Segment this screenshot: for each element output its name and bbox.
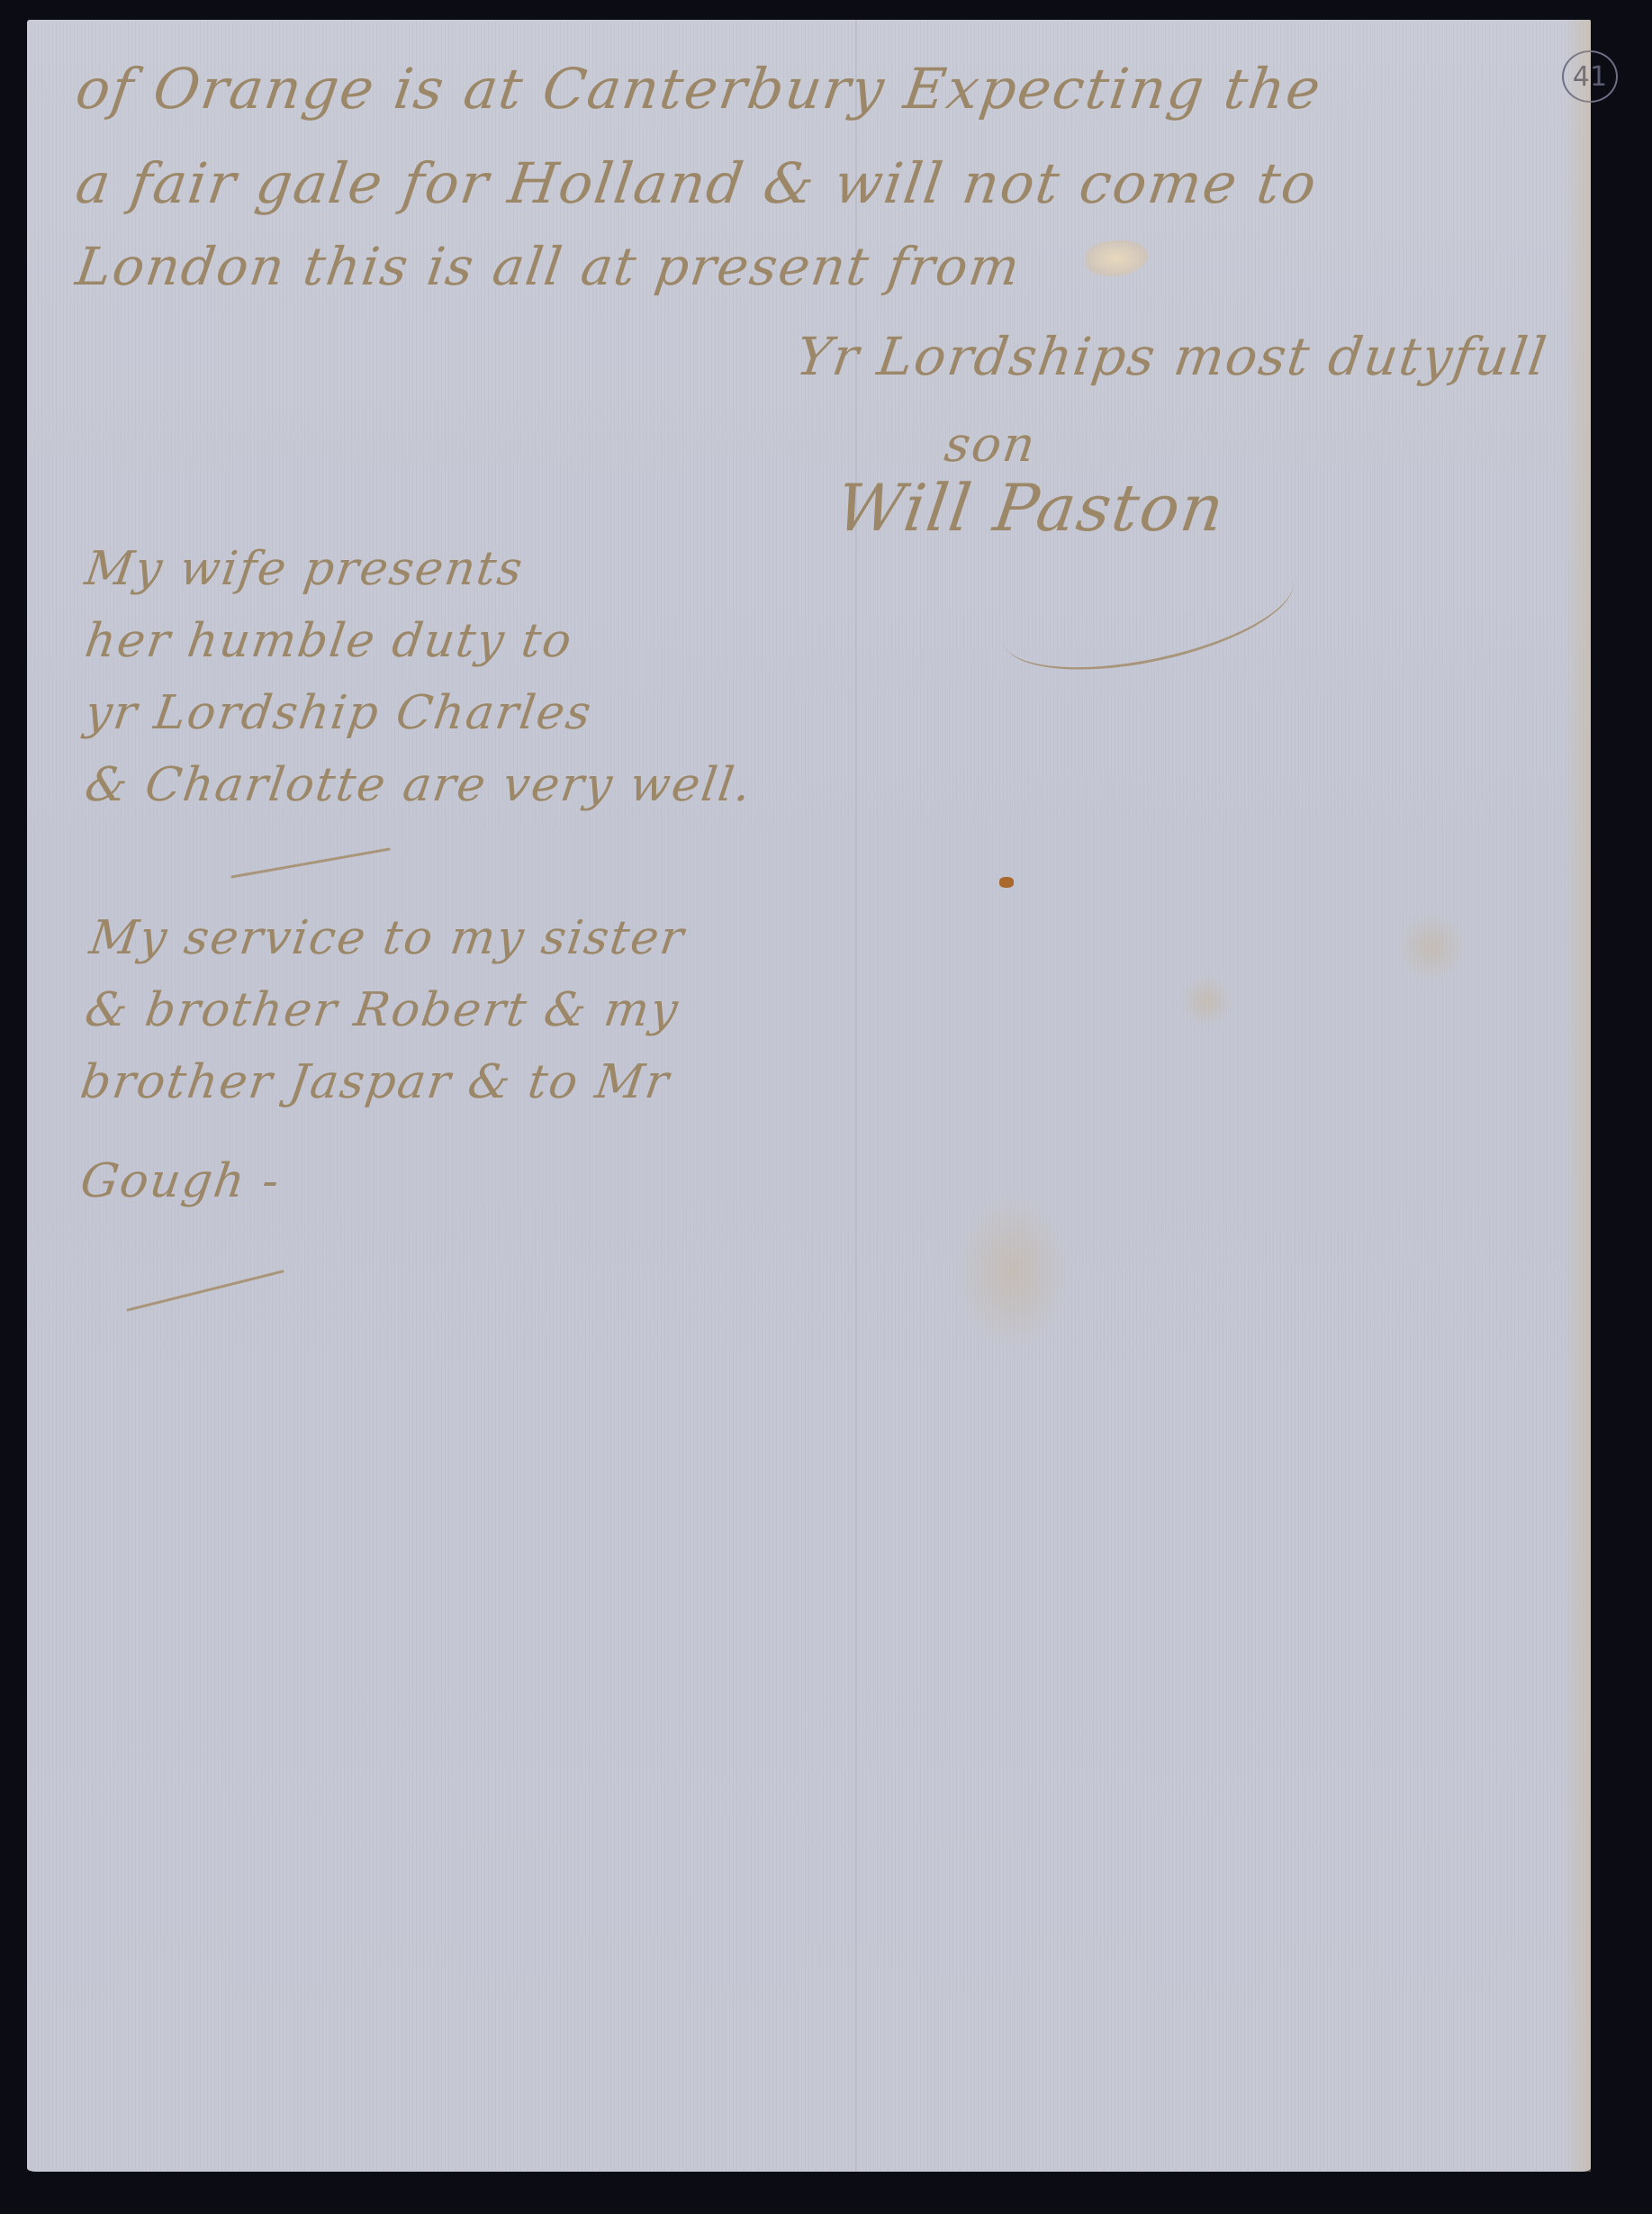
postscript-divider <box>230 847 391 878</box>
body-line-2: a fair gale for Holland & will not come … <box>72 150 1322 216</box>
body-line-3: London this is all at present from <box>72 236 1025 297</box>
postscript-2-line-4: Gough - <box>77 1154 284 1208</box>
stain-mark <box>1395 911 1467 983</box>
letter-page: 41 of Orange is at Canterbury Expecting … <box>27 20 1591 2172</box>
postscript-1-line-4: & Charlotte are very well. <box>82 758 756 812</box>
body-line-1: of Orange is at Canterbury Expecting the <box>72 56 1326 122</box>
signature: Will Paston <box>832 470 1230 546</box>
closing-son: son <box>942 416 1041 473</box>
folio-number: 41 <box>1562 50 1618 103</box>
postscript-1-line-2: her humble duty to <box>82 614 576 668</box>
signature-flourish <box>992 530 1304 691</box>
stain-mark <box>954 1190 1071 1352</box>
stain-mark <box>1179 974 1233 1028</box>
paper-tear <box>1085 240 1148 276</box>
postscript-2-line-2: & brother Robert & my <box>82 983 683 1037</box>
foxing-spot <box>999 877 1014 888</box>
closing-line: Yr Lordships most dutyfull <box>792 326 1551 387</box>
postscript-1-line-1: My wife presents <box>82 542 528 596</box>
end-divider <box>126 1270 284 1311</box>
postscript-2-line-3: brother Jaspar & to Mr <box>77 1055 673 1109</box>
postscript-2-line-1: My service to my sister <box>86 911 689 965</box>
postscript-1-line-3: yr Lordship Charles <box>82 686 596 740</box>
